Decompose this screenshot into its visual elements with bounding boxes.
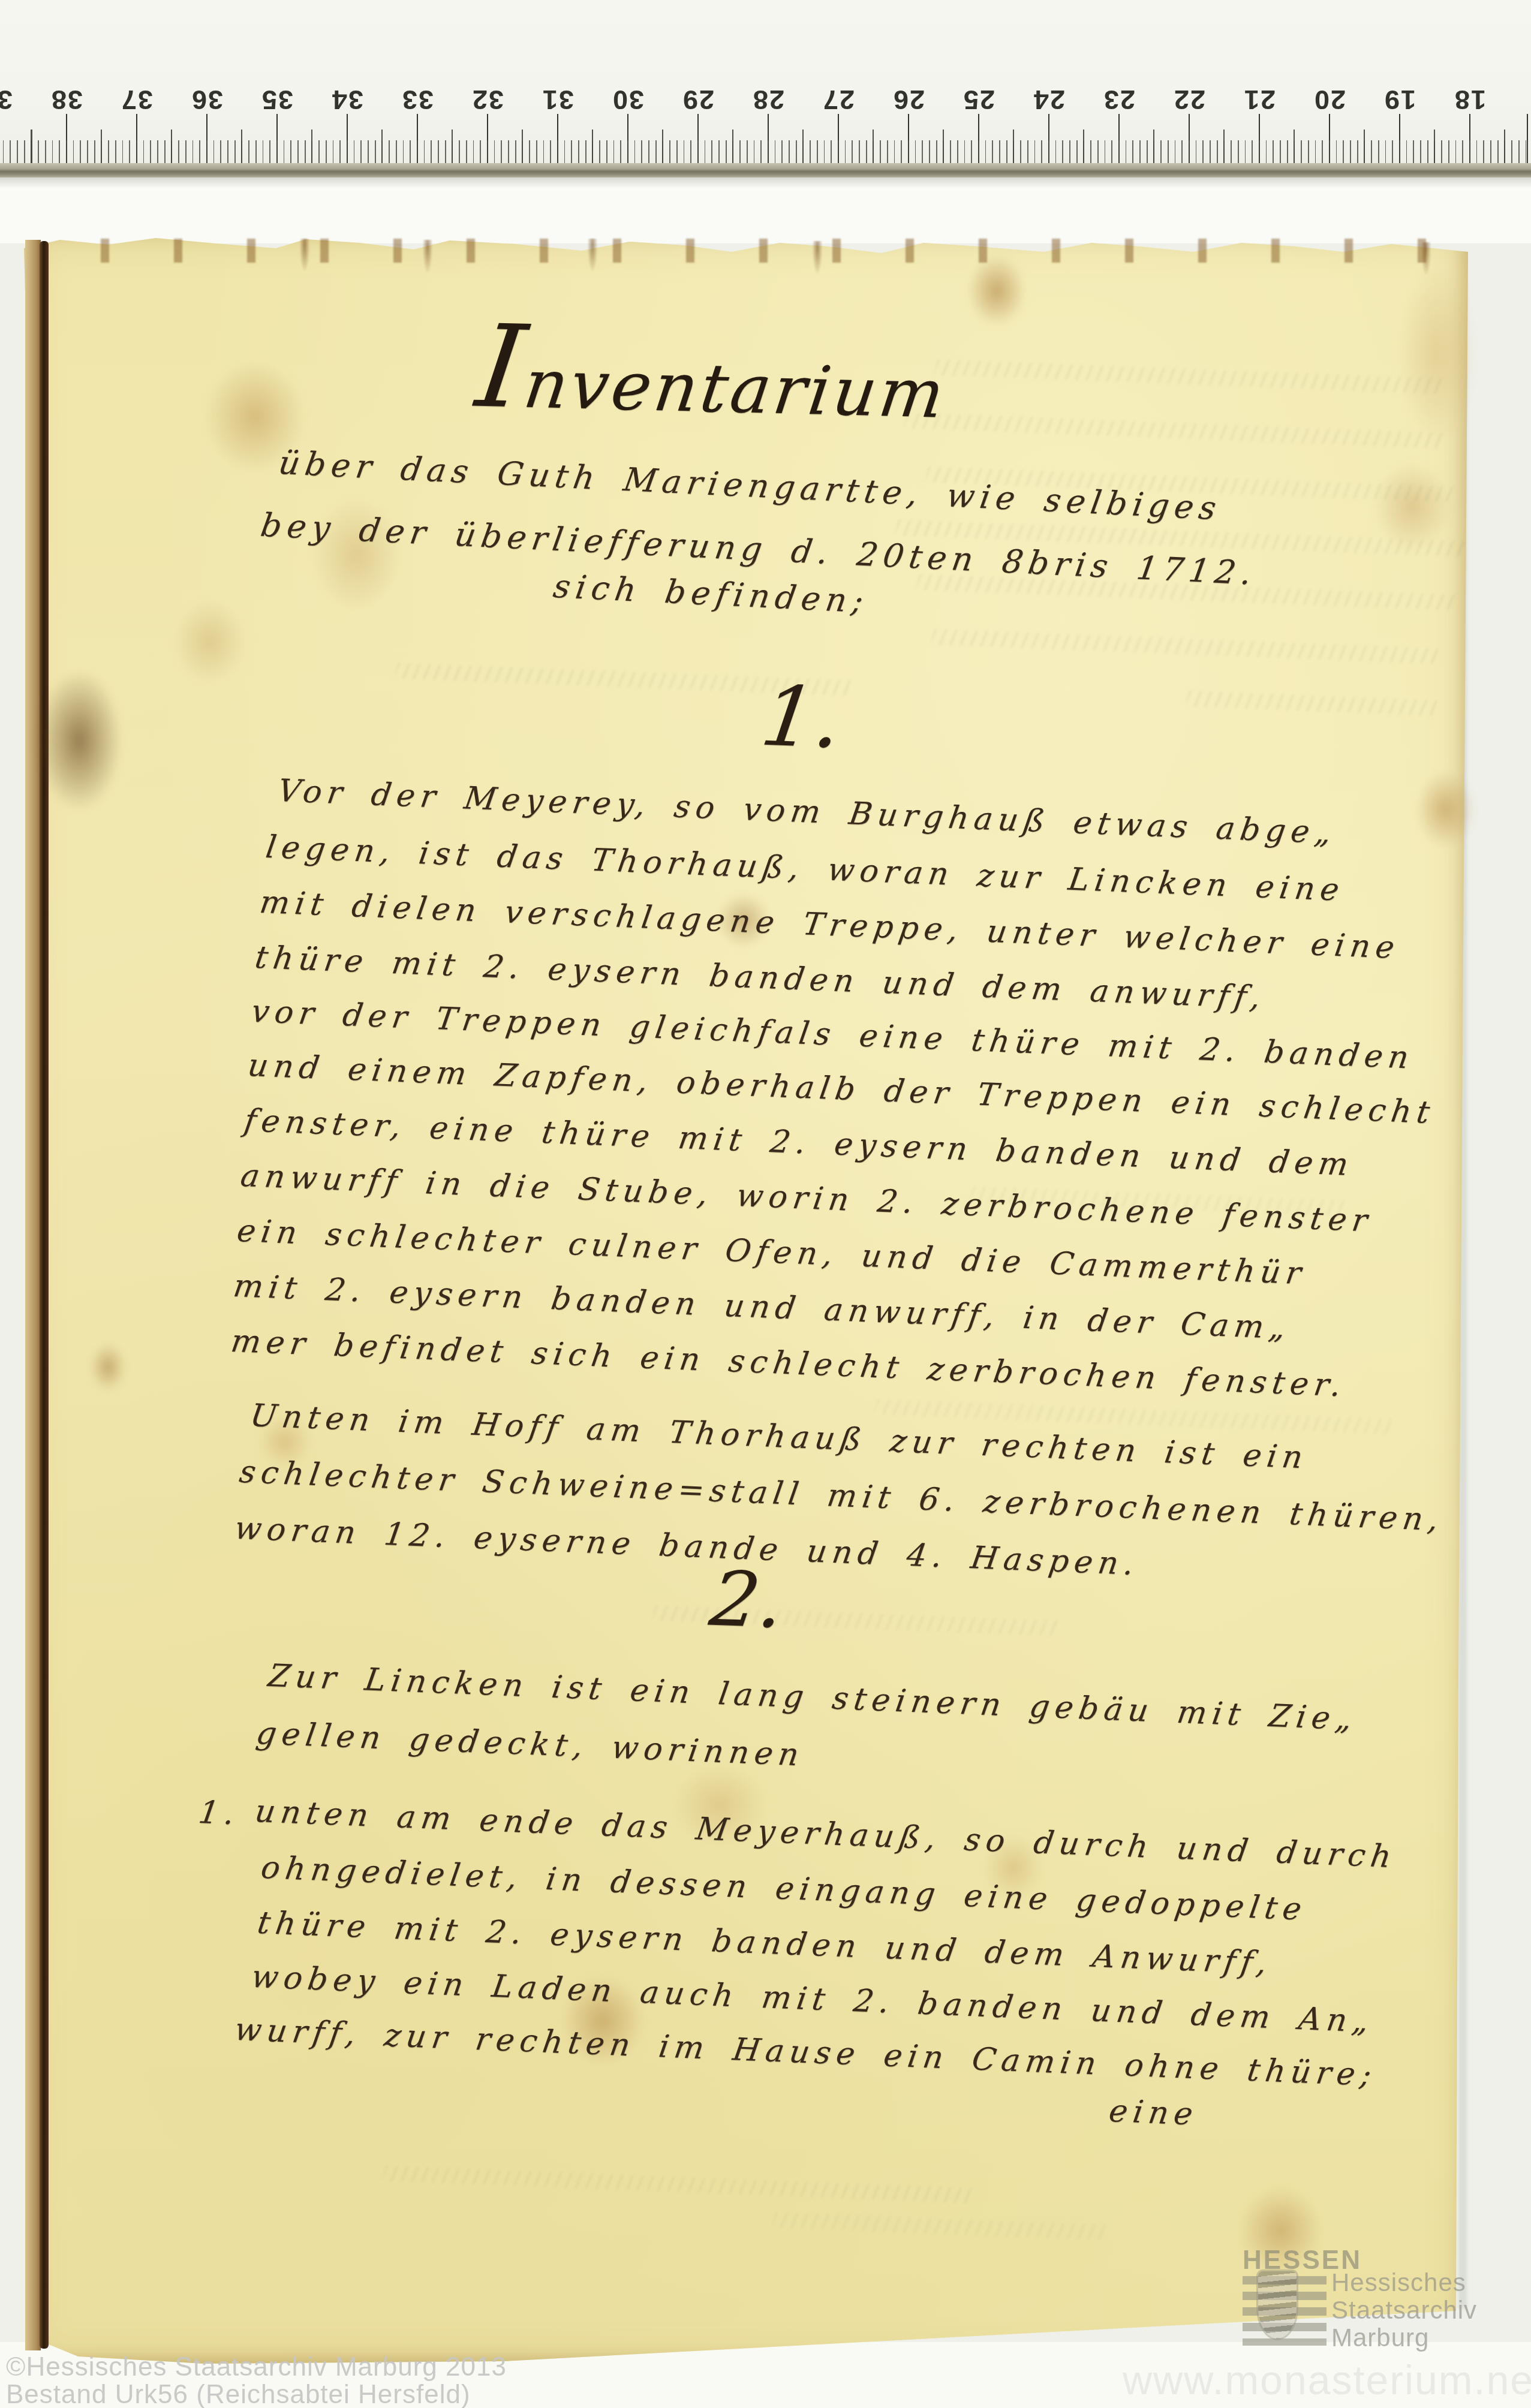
ruler-number: 32 (471, 86, 504, 113)
top-edge-stains (36, 239, 1463, 263)
ruler-number: 23 (1103, 86, 1135, 113)
stain-drip (588, 239, 597, 271)
hessen-logo-shield-icon (1258, 2271, 1297, 2338)
ruler-number: 30 (612, 86, 644, 113)
ruler-number: 29 (682, 86, 714, 113)
ruler-number: 24 (1033, 86, 1065, 113)
stain (1415, 770, 1475, 848)
ruler-number: 37 (121, 86, 153, 113)
ruler-number: 25 (962, 86, 995, 113)
ruler-number: 22 (1173, 86, 1205, 113)
ruler-number: 20 (1313, 86, 1346, 113)
stain-drip (1421, 242, 1431, 275)
stain (174, 600, 246, 684)
ruler: 3938373635343332313029282726252423222120… (0, 0, 1531, 177)
ruler-number: 39 (0, 86, 13, 113)
binding-edge (25, 240, 41, 2350)
stain-drip (813, 241, 822, 273)
section-number-2: 2. (705, 1557, 789, 1644)
binding-crease (40, 241, 49, 2349)
ruler-mm-ticks (0, 140, 1531, 163)
manuscript-title: Inventarium (470, 303, 957, 442)
stain-drip (300, 239, 309, 271)
stain (37, 672, 121, 809)
stain-drip (423, 240, 432, 272)
list-item-number: 1. (197, 1795, 242, 1832)
ruler-number: 18 (1454, 86, 1486, 113)
scanned-document-viewport: Inventarium über das Guth Mariengartte, … (0, 0, 1531, 2408)
archive-name-line: Staatsarchiv (1331, 2298, 1477, 2323)
catchword: eine (1107, 2094, 1201, 2132)
ruler-bottom-edge (0, 163, 1531, 177)
section-number-1: 1. (756, 670, 847, 765)
stain (90, 1343, 126, 1391)
collection-watermark: Bestand Urk56 (Reichsabtei Hersfeld) (6, 2382, 471, 2408)
ruler-number: 26 (892, 86, 925, 113)
ruler-number: 36 (191, 86, 223, 113)
ruler-number: 35 (261, 86, 293, 113)
stain (967, 255, 1027, 327)
copyright-watermark: ©Hessisches Staatsarchiv Marburg 2013 (6, 2354, 507, 2380)
ruler-number: 21 (1243, 86, 1276, 113)
ruler-number: 31 (542, 86, 574, 113)
ruler-shadow (0, 177, 1531, 188)
ruler-number: 19 (1383, 86, 1416, 113)
archive-name-line: Hessisches (1331, 2270, 1466, 2295)
ruler-number: 28 (752, 86, 784, 113)
ruler-number: 34 (331, 86, 363, 113)
monasterium-watermark: www.monasterium.net (1123, 2360, 1531, 2401)
archive-name-line: Marburg (1331, 2325, 1429, 2350)
ruler-number: 38 (50, 86, 83, 113)
ruler-number: 27 (822, 86, 855, 113)
stain (1397, 264, 1475, 444)
ruler-number: 33 (401, 86, 434, 113)
